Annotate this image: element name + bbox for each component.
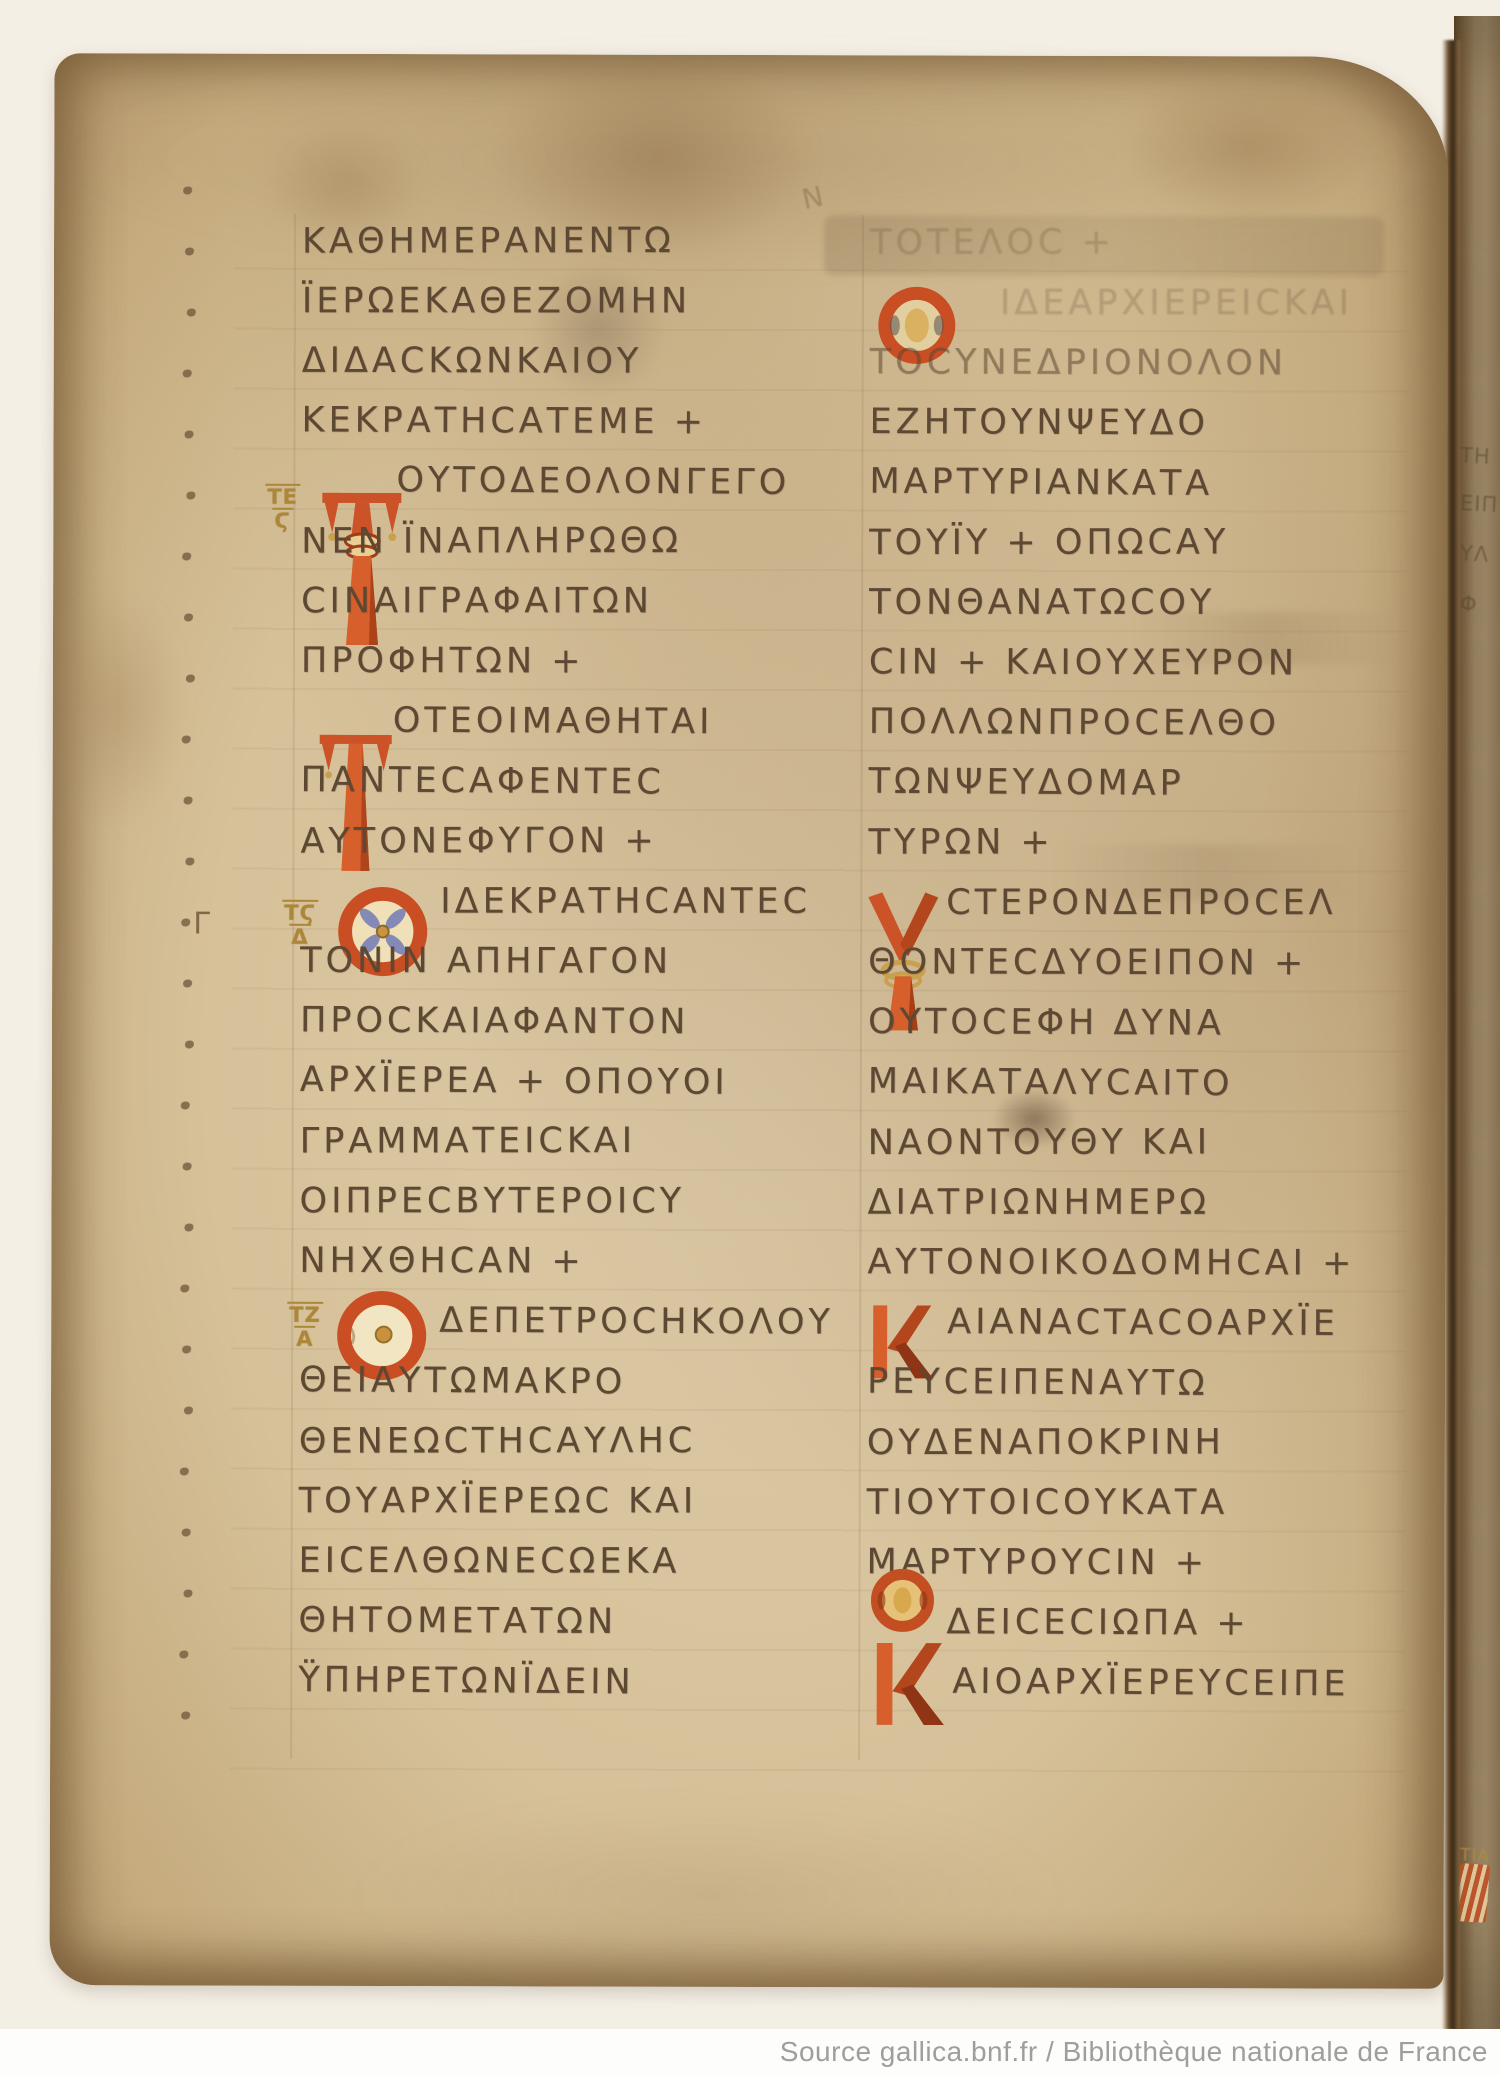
right-column-line-18: ΑΥΤΟΝΟΙΚΟΔΟΜΗϹΑΙ + [867,1242,1355,1283]
prick-mark [184,797,193,805]
right-column-line-12: ϹΤΕΡΟΝΔΕΠΡΟϹΕΛ [946,883,1336,923]
prick-mark [184,614,193,622]
left-column-line-7: ϹΙΝΑΙΓΡΑΦΑΙΤΩΝ [301,581,653,621]
left-column-line-19: ΔΕΠΕΤΡΟϹΗΚΟΛΟΥ [439,1301,834,1343]
left-column-line-16: ΓΡΑΜΜΑΤΕΙϹΚΑΙ [300,1121,636,1162]
right-column-line-7: ΤΟΝΘΑΝΑΤΩϹΟΥ [869,583,1215,623]
left-column-line-18: ΝΗΧΘΗϹΑΝ + [299,1241,584,1282]
left-column-line-4: ΚΕΚΡΑΤΗϹΑΤΕΜΕ + [301,400,707,442]
adjacent-initial-fragment [1456,1863,1490,1923]
illuminated-initial-kappa2 [872,1638,946,1728]
prick-mark [180,1285,189,1293]
left-column-line-25: ΫΠΗΡΕΤΩΝΪΔΕΙΝ [298,1660,635,1702]
manuscript-page: ΚΑΘΗΜΕΡΑΝΕΝΤΩΪΕΡΩΕΚΑΘΕΖΟΜΗΝΔΙΔΑϹΚΩΝΚΑΙΟΥ… [49,53,1448,1989]
prick-mark [181,1102,190,1110]
prick-mark [179,1651,188,1659]
prick-mark [183,370,192,378]
left-column-line-22: ΤΟΥΑΡΧΪΕΡΕΩϹ ΚΑΙ [299,1481,698,1521]
left-column-line-13: ΤΟΝΙΝ ΑΠΗΓΑΓΟΝ [300,941,672,982]
left-column-line-14: ΠΡΟϹΚΑΙΑΦΑΝΤΟΝ [300,1000,690,1042]
right-column-line-9: ΠΟΛΛΩΝΠΡΟϹΕΛΘΟ [869,702,1280,744]
left-column-line-15: ΑΡΧΪΕΡΕΑ + ΟΠΟΥΟΙ [300,1060,729,1103]
left-column-line-20: ΘΕΙΑΥΤΩΜΑΚΡΟ [299,1360,626,1402]
right-column-line-22: ΤΙΟΥΤΟΙϹΟΥΚΑΤΑ [867,1483,1228,1523]
prick-mark [183,980,192,988]
right-column-line-14: ΟΥΤΟϹΕΦΗ ΔΥΝΑ [868,1002,1225,1044]
adjacent-page-text: ΤΗ [1459,443,1491,469]
right-column-line-4: ΕΖΗΤΟΥΝΨΕΥΔΟ [869,402,1209,444]
prick-mark [182,553,191,561]
left-column-line-17: ΟΙΠΡΕϹΒΥΤΕΡΟΙϹΥ [300,1181,686,1221]
right-column-line-5: ΜΑΡΤΥΡΙΑΝΚΑΤΑ [869,462,1213,504]
prick-mark [182,736,191,744]
left-column-line-10: ΠΑΝΤΕϹΑΦΕΝΤΕϹ [300,760,664,802]
right-column-line-8: ϹΙΝ + ΚΑΙΟΥΧΕΥΡΟΝ [869,642,1298,683]
ruling-lines [230,210,1409,1773]
prick-mark [184,1407,193,1415]
prick-mark [185,248,194,256]
prick-mark [182,1346,191,1354]
prick-mark [184,1224,193,1232]
left-column-line-3: ΔΙΔΑϹΚΩΝΚΑΙΟΥ [302,341,643,382]
left-column-line-24: ΘΗΤΟΜΕΤΑΤΩΝ [298,1600,617,1642]
right-column-line-15: ΜΑΙΚΑΤΑΛΥϹΑΙΤΟ [868,1062,1234,1104]
left-column-line-23: ΕΙϹΕΛΘΩΝΕϹΩΕΚΑ [299,1541,681,1582]
illuminated-initial-ogold [868,1566,936,1634]
adjacent-page-text: ΕΙΠ [1459,491,1498,517]
adjacent-page-edge: ΤΗΕΙΠΥΛΦΤΙΑ [1454,16,1500,2029]
left-column-line-6: ΝΕΝ ΪΝΑΠΛΗΡΩΘΩ [301,521,682,562]
prick-marks [55,53,1449,57]
prick-mark [187,309,196,317]
right-column-line-24: ΔΕΙϹΕϹΙΩΠΑ + [946,1602,1249,1643]
source-attribution-text: Source gallica.bnf.fr / Bibliothèque nat… [780,2036,1500,2068]
illuminated-initial-tau [319,481,404,649]
right-column-line-21: ΟΥΔΕΝΑΠΟΚΡΙΝΗ [867,1422,1225,1463]
adjacent-page-text: ΥΛ [1459,541,1489,566]
left-column-line-5: ΟΥΤΟΔΕΟΛΟΝΓΕΓΟ [396,460,790,503]
source-attribution-bar: Source gallica.bnf.fr / Bibliothèque nat… [0,2029,1500,2075]
prick-mark [185,1041,194,1049]
parchment-stain [40,573,191,843]
left-column-line-2: ΪΕΡΩΕΚΑΘΕΖΟΜΗΝ [302,281,691,321]
left-column-line-21: ΘΕΝΕΩϹΤΗϹΑΥΛΗϹ [299,1421,696,1462]
right-column-line-17: ΔΙΑΤΡΙΩΝΗΜΕΡΩ [868,1183,1210,1223]
adjacent-page-text: Φ [1459,592,1478,617]
right-column-line-3: ΤΟϹΥΝΕΔΡΙΟΝΟΛΟΝ [870,342,1287,383]
right-column-line-19: ΑΙΑΝΑϹΤΑϹΟΑΡΧΪΕ [947,1302,1339,1344]
left-column-line-9: ΟΤΕΟΙΜΑΘΗΤΑΙ [393,701,714,743]
margin-mark: Γ [193,907,210,942]
right-column-line-11: ΤΥΡΩΝ + [868,822,1053,862]
right-column-line-13: ΘΟΝΤΕϹΔΥΟΕΙΠΟΝ + [868,942,1307,983]
prick-mark [185,431,194,439]
prick-mark [183,1590,192,1598]
prick-mark [183,187,192,195]
prick-mark [181,1712,190,1720]
left-column-line-11: ΑΥΤΟΝΕΦΥΓΟΝ + [300,821,657,862]
right-column-line-20: ΡΕΥϹΕΙΠΕΝΑΥΤΩ [867,1362,1209,1404]
left-column-line-1: ΚΑΘΗΜΕΡΑΝΕΝΤΩ [302,221,675,262]
right-column-line-6: ΤΟΥΪΥ + ΟΠΩϹΑΥ [869,523,1229,564]
prick-mark [183,1163,192,1171]
right-column-line-10: ΤΩΝΨΕΥΔΟΜΑΡ [868,762,1184,804]
parchment-stain [1104,66,1394,227]
prick-mark [186,492,195,500]
prick-mark [186,675,195,683]
prick-mark [185,858,194,866]
right-column-line-2: ΙΔΕΑΡΧΙΕΡΕΙϹΚΑΙ [1000,283,1353,323]
prick-mark [182,1529,191,1537]
right-column-line-16: ΝΑΟΝΤΟΥΘΥ ΚΑΙ [868,1122,1211,1163]
right-column-line-1: ΤΟΤΕΛΟϹ + [870,222,1115,262]
margin-section-number-3: ΤΖΑ [287,1302,323,1350]
margin-section-number-2: ΤϚΔ [282,900,318,948]
left-column-line-8: ΠΡΟΦΗΤΩΝ + [301,641,585,682]
margin-section-number-1: ΤΕϚ [265,484,300,532]
prick-mark [180,1468,189,1476]
right-column-line-25: ΑΙΟΑΡΧΪΕΡΕΥϹΕΙΠΕ [952,1662,1349,1705]
left-column-line-12: ΙΔΕΚΡΑΤΗϹΑΝΤΕϹ [440,882,811,922]
prick-mark [181,919,190,927]
parchment-stain [349,1794,1070,1996]
